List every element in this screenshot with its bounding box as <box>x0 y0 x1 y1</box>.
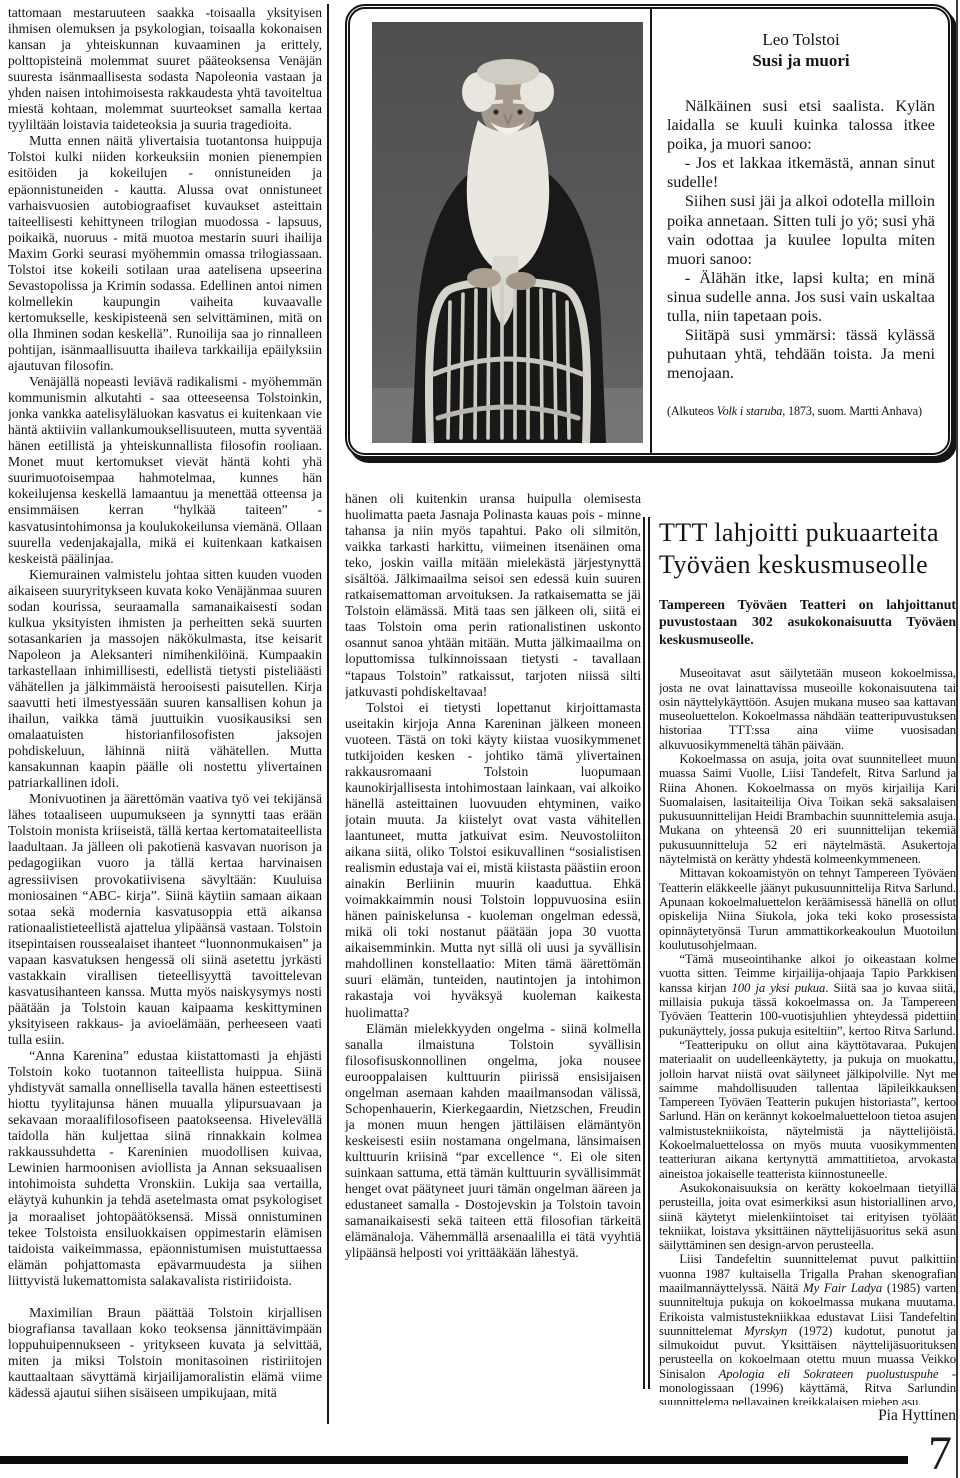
paragraph: “Anna Karenina” edustaa kiistattomasti j… <box>8 1048 322 1289</box>
paragraph: tattomaan mestaruuteen saakka -toisaalla… <box>8 5 322 133</box>
paragraph: Asukokonaisuuksia on kerätty kokoelmaan … <box>659 1181 956 1252</box>
middle-text-column: hänen oli kuitenkin uransa huipulla olem… <box>345 491 641 1356</box>
article-divider-double-rule <box>643 517 650 1389</box>
paragraph: Siihen susi jäi ja alkoi odotella milloi… <box>667 192 935 268</box>
paragraph: Tolstoi ei tietysti lopettanut kirjoitta… <box>345 700 641 1021</box>
paragraph: - Jos et lakkaa itkemästä, annan sinut s… <box>667 154 935 192</box>
article-lead: Tampereen Työväen Teatteri on lahjoittan… <box>659 596 956 648</box>
paragraph: Liisi Tandefeltin suunnittelemat puvut p… <box>659 1252 956 1405</box>
article-title-line1: TTT lahjoitti pukuaarteita <box>659 517 956 549</box>
paragraph <box>8 1289 322 1305</box>
left-text-column: tattomaan mestaruuteen saakka -toisaalla… <box>8 5 322 1440</box>
column-divider-rule <box>327 4 329 1424</box>
paragraph: - Älähän itke, lapsi kulta; en minä sinu… <box>667 269 935 326</box>
paragraph: Museoitavat asut säilytetään museon koko… <box>659 666 956 752</box>
byline: Pia Hyttinen <box>659 1407 956 1425</box>
article-body: Museoitavat asut säilytetään museon koko… <box>659 666 956 1405</box>
paragraph: “Tämä museointihanke alkoi jo oikeastaan… <box>659 952 956 1038</box>
paragraph: Maximilian Braun päättää Tolstoin kirjal… <box>8 1305 322 1401</box>
paragraph: Mutta ennen näitä ylivertaisia tuotanton… <box>8 133 322 374</box>
page-scan-edge <box>956 0 958 1478</box>
paragraph: Nälkäinen susi etsi saalista. Kylän laid… <box>667 97 935 154</box>
tolstoi-feature-box: Leo Tolstoi Susi ja muori Nälkäinen susi… <box>345 4 953 458</box>
story-attribution: (Alkuteos Volk i staruba, 1873, suom. Ma… <box>667 404 935 419</box>
article-title-line2: Työväen keskusmuseolle <box>659 549 956 581</box>
paragraph: Kokoelmassa on asuja, joita ovat suunnit… <box>659 752 956 866</box>
tolstoi-photo <box>372 22 643 443</box>
story-box: Leo Tolstoi Susi ja muori Nälkäinen susi… <box>652 9 948 453</box>
paragraph: Siitäpä susi ymmärsi: tässä kylässä puhu… <box>667 326 935 383</box>
story-body: Nälkäinen susi etsi saalista. Kylän laid… <box>667 97 935 383</box>
page-number: 7 <box>920 1428 960 1478</box>
paragraph: “Teatteripuku on ollut aina käyttötavara… <box>659 1038 956 1181</box>
footer-rule <box>0 1456 908 1464</box>
story-author: Leo Tolstoi <box>667 29 935 50</box>
paragraph: Kiemurainen valmistelu johtaa sitten kuu… <box>8 567 322 792</box>
story-title: Susi ja muori <box>667 50 935 71</box>
paragraph: Mittavan kokoamistyön on tehnyt Tamperee… <box>659 866 956 952</box>
paragraph: hänen oli kuitenkin uransa huipulla olem… <box>345 491 641 700</box>
paragraph: Elämän mielekkyyden ongelma - siinä kolm… <box>345 1021 641 1262</box>
paragraph: Monivuotinen ja äärettömän vaativa työ v… <box>8 791 322 1048</box>
article-ttt-donation: TTT lahjoitti pukuaarteita Työväen kesku… <box>659 517 956 1405</box>
article-title: TTT lahjoitti pukuaarteita Työväen kesku… <box>659 517 956 581</box>
photo-area <box>350 9 650 453</box>
magazine-page: { "page": { "number": "7", "byline": "Pi… <box>0 0 960 1478</box>
paragraph: Venäjällä nopeasti leviävä radikalismi -… <box>8 374 322 567</box>
